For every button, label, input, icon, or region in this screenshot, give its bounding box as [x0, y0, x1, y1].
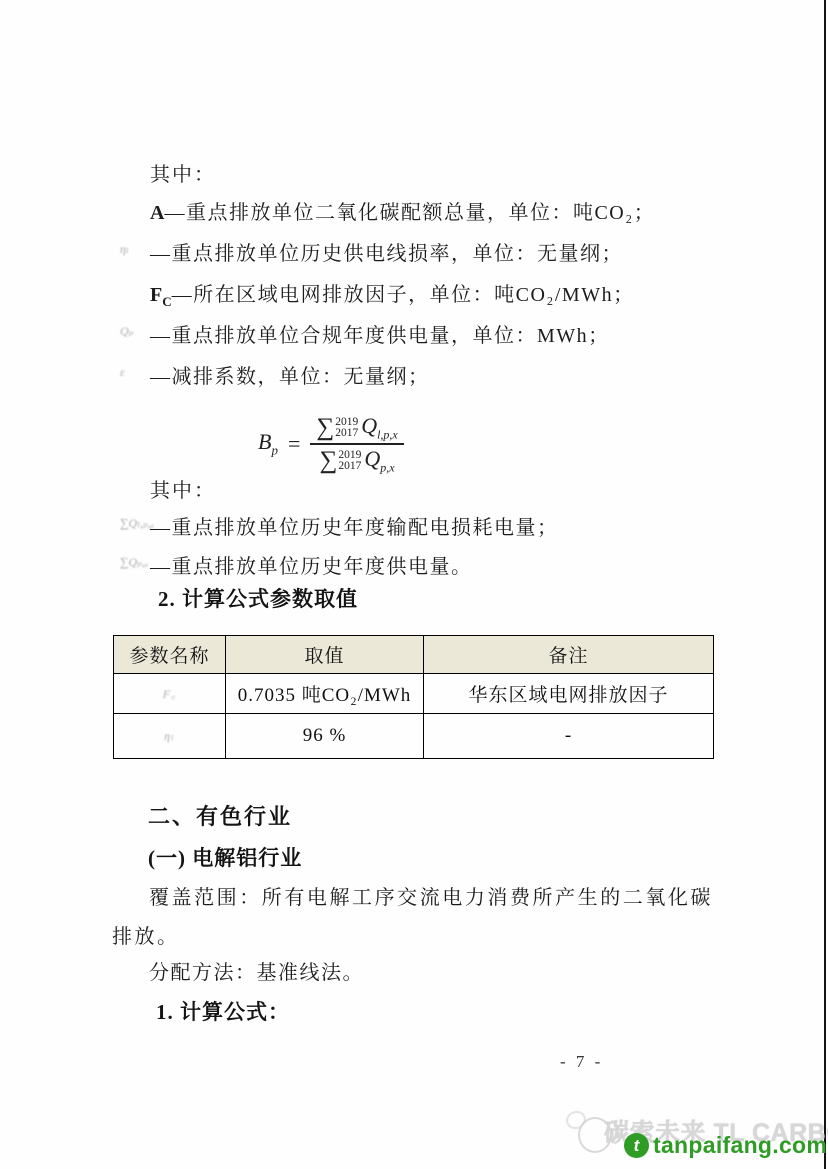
formula-bp: Bp = ∑20192017Ql,p,x ∑20192017Qp,x	[258, 412, 404, 476]
definition-text: —重点排放单位合规年度供电量，单位：MWh；	[150, 325, 610, 347]
intro-label-1: 其中：	[150, 158, 216, 187]
symbol-reduction-faded: ε	[120, 365, 125, 380]
definition-text: —重点排放单位二氧化碳配额总量，单位：吨CO₂；	[164, 202, 655, 224]
symbol-lineloss-faded: ηₗ	[120, 242, 129, 257]
col-header-param: 参数名称	[114, 636, 226, 674]
heading-parameter-values: 2. 计算公式参数取值	[158, 583, 358, 613]
paragraph-method: 分配方法：基准线法。	[112, 954, 732, 993]
symbol-fc: F	[150, 284, 162, 306]
col-header-value: 取值	[226, 636, 424, 674]
formula-numerator: ∑20192017Ql,p,x	[310, 412, 403, 443]
definition-line-fc: FC—所在区域电网排放因子，单位：吨CO₂/MWh；	[150, 278, 635, 310]
formula-denominator: ∑20192017Qp,x	[314, 445, 401, 476]
watermark-brand: 碳索未来 TL CARBON t tanpaifang.com	[558, 1103, 820, 1165]
col-header-note: 备注	[424, 636, 714, 674]
table-header-row: 参数名称 取值 备注	[114, 636, 714, 674]
page-number: - 7 -	[560, 1052, 603, 1072]
symbol-a: A	[150, 202, 164, 224]
heading-nonferrous-industry: 二、有色行业	[148, 800, 292, 831]
table-row: F꜀ 0.7035 吨CO₂/MWh 华东区域电网排放因子	[114, 674, 714, 714]
definition-line-lineloss: ηₗ—重点排放单位历史供电线损率，单位：无量纲；	[150, 237, 623, 266]
param-symbol-fc-faded: F꜀	[114, 674, 226, 714]
heading-electrolytic-aluminum: (一) 电解铝行业	[148, 842, 302, 872]
symbol-qsupply-faded: ∑Qₚ,ₓ	[120, 555, 148, 570]
paragraph-coverage: 覆盖范围：所有电解工序交流电力消费所产生的二氧化碳排放。	[112, 879, 713, 957]
tanpaifang-logo-icon: t	[624, 1133, 649, 1158]
symbol-qloss-faded: ∑Qₗ,ₚ,ₓ	[120, 516, 154, 531]
sigma-symbol: ∑	[316, 415, 334, 440]
param-note: -	[424, 714, 714, 759]
definition-line-transmission-loss: ∑Qₗ,ₚ,ₓ—重点排放单位历史年度输配电损耗电量；	[150, 511, 559, 540]
definition-line-reduction: ε—减排系数，单位：无量纲；	[150, 360, 430, 389]
table-row: ηₗ 96 % -	[114, 714, 714, 759]
formula-fraction: ∑20192017Ql,p,x ∑20192017Qp,x	[310, 412, 403, 476]
definition-text: —减排系数，单位：无量纲；	[150, 366, 430, 388]
definition-text: —重点排放单位历史供电线损率，单位：无量纲；	[150, 243, 623, 265]
definition-text: —所在区域电网排放因子，单位：吨CO₂/MWh；	[172, 284, 635, 306]
definition-line-supply: Qₚ—重点排放单位合规年度供电量，单位：MWh；	[150, 319, 610, 348]
definition-text: —重点排放单位历史年度供电量。	[150, 556, 473, 578]
param-symbol-lineloss-faded: ηₗ	[114, 714, 226, 759]
param-note: 华东区域电网排放因子	[424, 674, 714, 714]
sigma-symbol: ∑	[320, 448, 338, 473]
definition-line-a: A—重点排放单位二氧化碳配额总量，单位：吨CO₂；	[150, 196, 655, 228]
document-page: 其中： A—重点排放单位二氧化碳配额总量，单位：吨CO₂； ηₗ—重点排放单位历…	[0, 0, 828, 1169]
symbol-supply-faded: Qₚ	[120, 324, 133, 339]
formula-equals: =	[288, 431, 300, 457]
definition-text: —重点排放单位历史年度输配电损耗电量；	[150, 517, 559, 539]
param-value: 96 %	[226, 714, 424, 759]
intro-label-2: 其中：	[150, 474, 216, 503]
definition-line-historic-supply: ∑Qₚ,ₓ—重点排放单位历史年度供电量。	[150, 550, 473, 579]
brand-site-text: tanpaifang.com	[653, 1132, 827, 1159]
heading-calculation-formula: 1. 计算公式：	[156, 996, 290, 1026]
formula-lhs: Bp	[258, 429, 278, 458]
param-value: 0.7035 吨CO₂/MWh	[226, 674, 424, 714]
page-right-border	[824, 0, 826, 1169]
parameter-table: 参数名称 取值 备注 F꜀ 0.7035 吨CO₂/MWh 华东区域电网排放因子…	[113, 635, 714, 759]
brand-site-row: t tanpaifang.com	[624, 1132, 827, 1159]
